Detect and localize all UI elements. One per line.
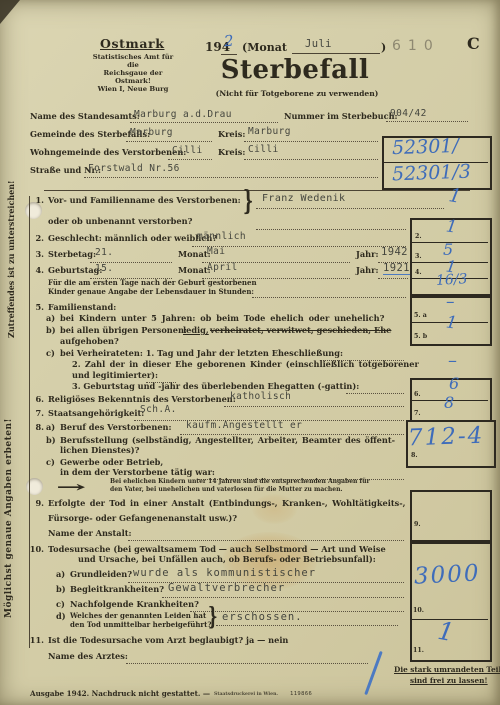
q5b-options-struck: verheiratet, verwitwet, geschieden, Ehe	[210, 326, 391, 335]
handwritten-code-extra: 16/3	[436, 271, 468, 289]
brace: }	[243, 186, 253, 217]
q10b-letter: b)	[56, 585, 66, 594]
handwritten-code-nationality: 8	[444, 393, 454, 412]
month-label: Monat:	[178, 250, 211, 259]
q2-label: Geschlecht: männlich oder weiblich?	[48, 234, 217, 243]
q8c-line1: Gewerbe oder Betrieb,	[60, 458, 163, 467]
q5b-line2: aufgehoben?	[60, 337, 119, 346]
q1-sub-label: oder ob unbenannt verstorben?	[48, 217, 192, 226]
code-box-label: 5. b	[414, 333, 427, 340]
code-box-label: 11.	[413, 647, 424, 654]
item-number: 10.	[26, 545, 44, 554]
q8b-line2: lichen Dienstes)?	[60, 446, 139, 455]
typed-kreis: Cilli	[248, 144, 279, 155]
q10d-line1: Welches der genannten Leiden hat	[70, 612, 206, 620]
handwritten-year-digit: 2	[223, 32, 234, 51]
footer-serial: 119866	[290, 691, 312, 697]
q7-label: Staatsangehörigkeit:	[48, 409, 144, 418]
q8-arrow-note2: den Vater, bei unehelichen und vaterlose…	[110, 487, 343, 494]
margin-rule	[29, 196, 30, 648]
year-label: Jahr:	[356, 250, 378, 259]
q11-label: Ist die Todesursache vom Arzt beglaubigt…	[48, 636, 288, 645]
q5b-intro: bei allen übrigen Personen:	[60, 326, 187, 335]
q6-label: Religiöses Bekenntnis des Verstorbenen:	[48, 395, 236, 404]
handwritten-stroke	[364, 651, 383, 695]
handwritten-code-2: 52301/3	[392, 161, 472, 186]
fill-line	[292, 52, 380, 54]
q5-label: Familienstand:	[48, 303, 116, 312]
typed-standesamt: Marburg a.d.Drau	[134, 109, 232, 120]
fill-line	[252, 296, 406, 298]
scan-corner-mark	[0, 0, 20, 24]
q5b-letter: b)	[46, 326, 56, 335]
typed-strasse: Forstwald Nr.56	[88, 163, 180, 174]
item-number: 2.	[30, 234, 44, 243]
handwritten-dash: –	[448, 350, 457, 371]
code-box-label: 7.	[414, 410, 421, 417]
sterbebuch-label: Nummer im Sterbebuch:	[284, 112, 398, 121]
typed-birth-year: 1921	[383, 262, 410, 275]
footer-edition: Ausgabe 1942. Nachdruck nicht gestattet.…	[30, 690, 210, 698]
item-number: 1.	[30, 196, 44, 205]
typed-death-year: 1942	[381, 246, 408, 258]
fill-line	[130, 121, 278, 123]
month-label: (Monat	[242, 42, 287, 55]
q8b-letter: b)	[46, 436, 56, 445]
typed-birth-month: April	[207, 262, 238, 273]
item-number: 7.	[30, 409, 44, 418]
q5a-letter: a)	[46, 314, 55, 323]
typed-immediate-cause: erschossen.	[222, 611, 303, 623]
q3-label: Sterbetag:	[48, 250, 96, 259]
handwritten-code-cause: 3000	[413, 560, 481, 589]
office-line: Statistisches Amt für die	[93, 53, 174, 69]
typed-gemeinde: Marburg	[130, 127, 173, 138]
fill-line	[256, 207, 444, 209]
handwritten-code-5a: –	[446, 292, 455, 312]
item-number: 5.	[30, 303, 44, 312]
boxes-note-line1: Die stark umrandeten Teile	[394, 666, 500, 674]
q10-line1: Todesursache (bei gewaltsamem Tod — auch…	[48, 545, 386, 554]
corner-letter-mark: C	[467, 35, 480, 53]
code-box-label: 5. a	[414, 312, 427, 319]
typed-month-value: Juli	[305, 38, 332, 50]
code-box-label: 10.	[413, 607, 424, 614]
standesamt-label: Name des Standesamts:	[30, 112, 140, 121]
fill-line	[126, 140, 212, 142]
item-number: 3.	[30, 250, 44, 259]
wohngemeinde-label: Wohngemeinde des Verstorbenen:	[30, 148, 186, 157]
q8c-line2: in dem der Verstorbene tätig war:	[60, 468, 215, 477]
typed-death-month: Mai	[207, 246, 225, 257]
q10-line2: und Ursache, bei Unfällen auch, ob Beruf…	[78, 555, 376, 564]
q8c-letter: c)	[46, 458, 55, 467]
q10c-letter: c)	[56, 600, 65, 609]
margin-note-underline: Zutreffendes ist zu unterstreichen!	[6, 200, 16, 338]
code-box-label: 8.	[411, 452, 418, 459]
code-box-9	[410, 490, 492, 542]
year-label: Jahr:	[356, 266, 378, 275]
q10d-letter: d)	[56, 612, 66, 621]
scanned-death-record-form: Ostmark Statistisches Amt für die Reichs…	[0, 0, 500, 705]
typed-sex: männlich	[197, 231, 246, 242]
typed-death-day: 21.	[95, 247, 113, 258]
q4-note-line1: Für die am ersten Tage nach der Geburt g…	[48, 279, 257, 287]
form-title: Sterbefall	[215, 56, 375, 86]
q5c-line1: bei Verheirateten: 1. Tag und Jahr der l…	[60, 349, 343, 358]
typed-birth-day: 15.	[95, 263, 113, 274]
code-box-label: 9.	[414, 521, 421, 528]
paren-close: )	[381, 42, 386, 55]
fill-line	[128, 539, 404, 541]
fill-line	[346, 392, 404, 394]
boxes-note-line2: sind frei zu lassen!	[410, 677, 488, 685]
fill-line	[244, 140, 378, 142]
month-label: Monat:	[178, 266, 211, 275]
q5c-letter: c)	[46, 349, 55, 358]
typed-kreis: Marburg	[248, 126, 291, 137]
q5c2-line1: 2. Zahl der in dieser Ehe geborenen Kind…	[72, 360, 419, 369]
q8a-label: Beruf des Verstorbenen:	[60, 423, 172, 432]
item-number: 6.	[30, 395, 44, 404]
typed-religion: katholisch	[230, 391, 291, 402]
q10a-letter: a)	[56, 570, 65, 579]
stamped-number: 610	[392, 38, 440, 54]
q4-note-line2: Kinder genaue Angabe der Lebensdauer in …	[48, 288, 254, 296]
q8-arrow-note1: Bei ehelichen Kindern unter 14 Jahren si…	[110, 479, 370, 486]
item-number: 11.	[26, 636, 44, 645]
q10b-label: Begleitkrankheiten?	[70, 585, 164, 594]
handwritten-code-religion: 6	[449, 374, 459, 393]
typed-deceased-name: Franz Wedenik	[262, 193, 345, 204]
typed-cause-primary: wurde als kommunistischer	[133, 567, 316, 579]
q10c-label: Nachfolgende Krankheiten?	[70, 600, 199, 609]
q5c2-line2: und legitimierter):	[72, 371, 158, 380]
q10d-line2: den Tod unmittelbar herbeigeführt?	[70, 621, 211, 629]
handwritten-code-occupation: 712-4	[408, 423, 485, 452]
footer-printer: Staatsdruckerei in Wien.	[214, 692, 278, 697]
q9-line2: Fürsorge- oder Gefangenenanstalt usw.)?	[48, 514, 237, 523]
fill-line	[386, 120, 468, 122]
form-subtitle: (Nicht für Totgeborene zu verwenden)	[197, 90, 397, 99]
issuing-office: Statistisches Amt für die Reichsgaue der…	[86, 53, 180, 93]
q8b-line1: Berufsstellung (selbständig, Angestellte…	[60, 436, 395, 445]
fill-line	[216, 624, 398, 626]
issuing-region: Ostmark	[100, 37, 164, 51]
margin-note-accuracy: Möglichst genaue Angaben erbeten!	[4, 388, 14, 648]
fill-line	[168, 158, 212, 160]
fill-line	[224, 405, 404, 407]
handwritten-code-1: 52301/	[392, 135, 460, 159]
typed-wohngemeinde: Cilli	[172, 145, 203, 156]
brace: }	[208, 604, 218, 632]
code-box-label: 2.	[415, 233, 422, 240]
office-line: Reichsgaue der Ostmark!	[104, 69, 163, 85]
typed-sterbebuch-number: 904/42	[390, 108, 427, 119]
q5b-option-ledig: ledig,	[183, 326, 209, 335]
typed-nationality: Sch.A.	[140, 404, 177, 415]
q10a-label: Grundleiden?	[70, 570, 132, 579]
office-line: Wien I, Neue Burg	[98, 85, 169, 93]
item-number: 9.	[30, 499, 44, 508]
code-box-label: 3.	[415, 253, 422, 260]
handwritten-mark: 1	[447, 184, 463, 208]
typed-cause-secondary: Gewaltverbrecher	[168, 582, 285, 594]
kreis-label: Kreis:	[218, 148, 245, 157]
fill-line	[126, 662, 368, 664]
section-rule	[44, 189, 470, 191]
code-box-label: 4.	[415, 269, 422, 276]
arrow-icon: →	[56, 479, 86, 496]
fill-line	[378, 277, 408, 279]
q8a-letter: a)	[46, 423, 55, 432]
fill-line	[162, 596, 404, 598]
q9-line1: Erfolgte der Tod in einer Anstalt (Entbi…	[48, 499, 406, 508]
fill-line	[244, 158, 378, 160]
q5c3-line: 3. Geburtstag und -jahr des überlebenden…	[72, 382, 359, 391]
fill-line	[84, 176, 378, 178]
fill-line	[256, 228, 406, 230]
q9-anstalt-label: Name der Anstalt:	[48, 529, 132, 538]
q5a-text: bei Kindern unter 5 Jahren: ob beim Tode…	[60, 314, 384, 323]
item-number: 8.	[30, 423, 44, 432]
code-box-label: 6.	[414, 391, 421, 398]
item-number: 4.	[30, 266, 44, 275]
q11-arzt-label: Name des Arztes:	[48, 652, 128, 661]
kreis-label: Kreis:	[218, 130, 245, 139]
typed-occupation: kaufm.Angestellt er	[186, 420, 302, 431]
q1-label: Vor- und Familienname des Verstorbenen:	[48, 196, 241, 205]
